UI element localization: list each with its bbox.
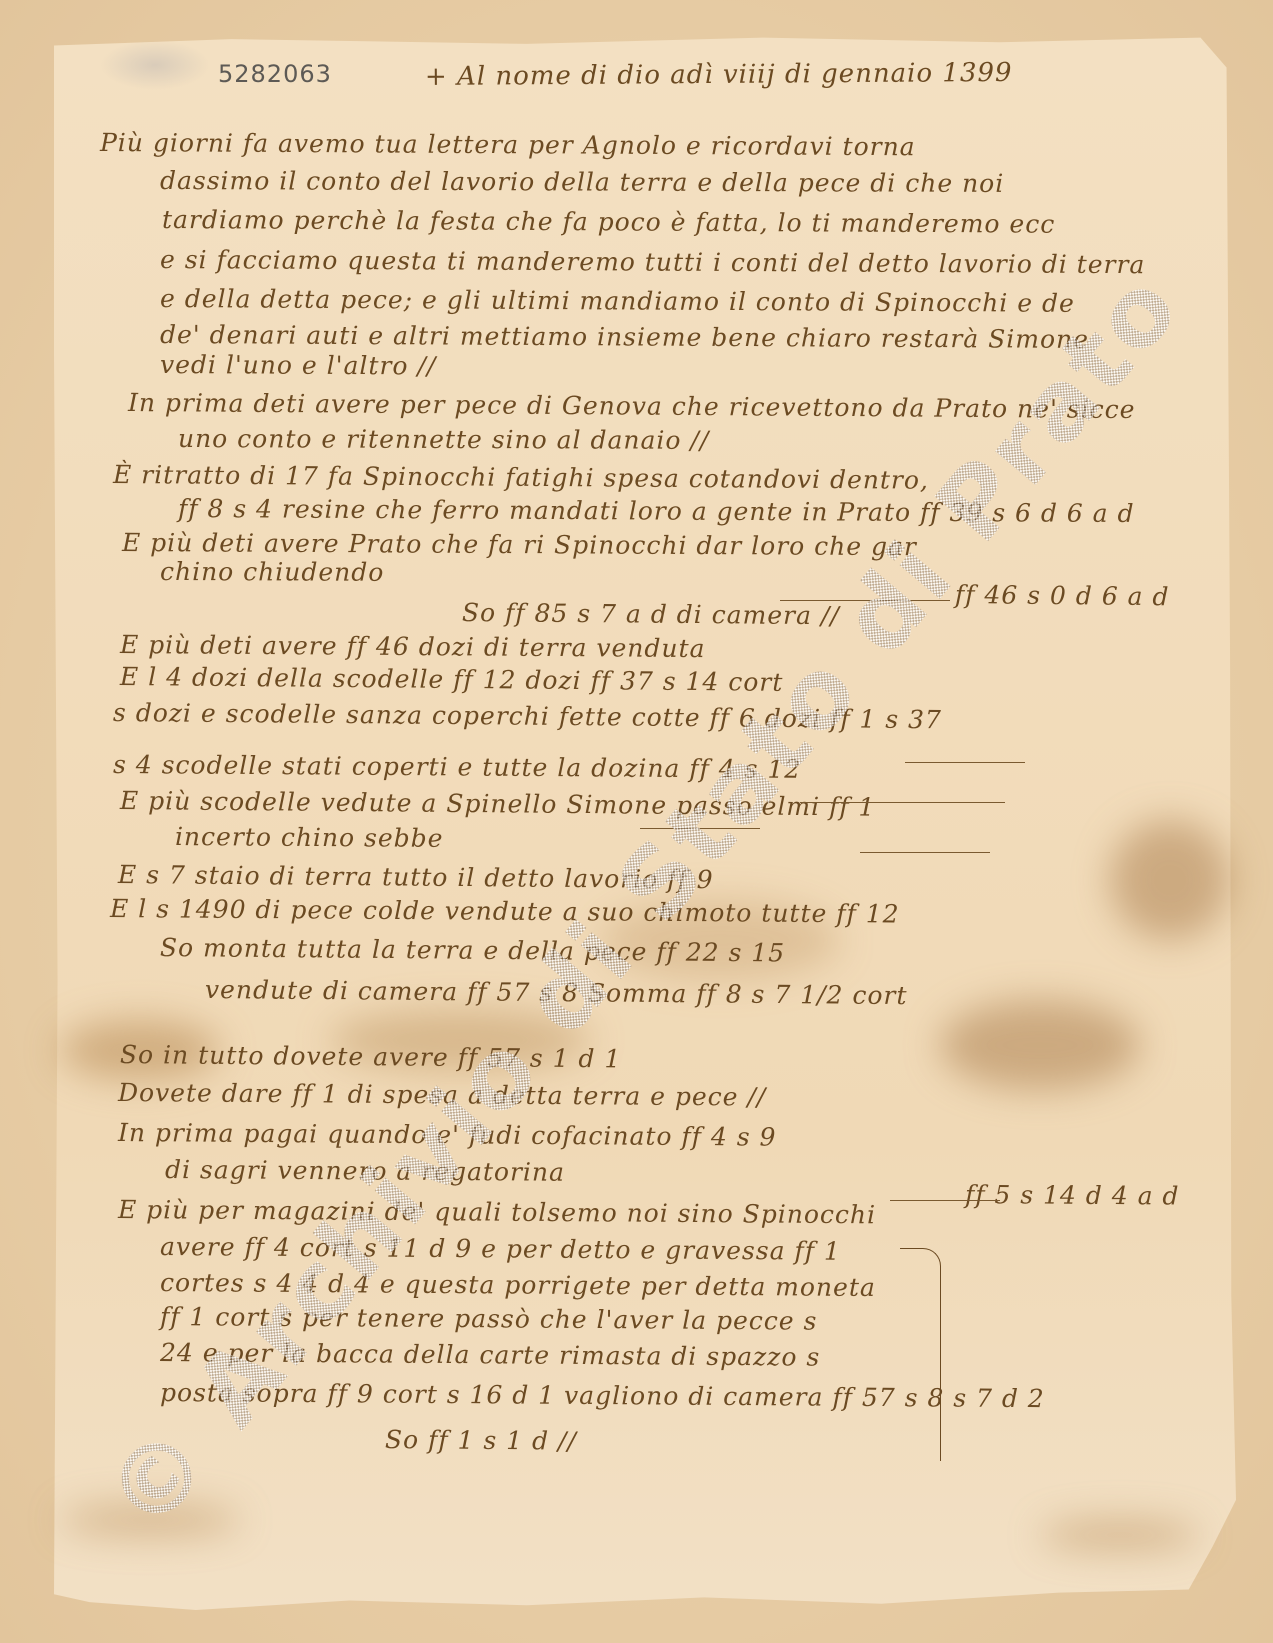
manuscript-line: vedi l'uno e l'altro // <box>160 350 436 380</box>
manuscript-line: e della detta pece; e gli ultimi mandiam… <box>160 284 1075 318</box>
manuscript-line: tardiamo perchè la festa che fa poco è f… <box>162 205 1055 239</box>
manuscript-line: E più per magazini de' quali tolsemo noi… <box>118 1195 876 1229</box>
letter-heading: + Al nome di dio adì viiij di gennaio 13… <box>425 58 1013 92</box>
archive-number: 5282063 <box>218 60 332 88</box>
paper-abrasion <box>100 40 210 90</box>
manuscript-line: chino chiudendo <box>160 557 384 587</box>
manuscript-line: E più deti avere Prato che fa ri Spinocc… <box>122 528 917 561</box>
manuscript-line: Più giorni fa avemo tua lettera per Agno… <box>100 128 916 161</box>
ledger-rule <box>905 762 1025 763</box>
manuscript-line: È ritratto di 17 fa Spinocchi fatighi sp… <box>113 460 929 495</box>
manuscript-line: ff 46 s 0 d 6 a d <box>955 580 1170 611</box>
manuscript-line: So ff 85 s 7 a d di camera // <box>462 598 840 630</box>
ledger-rule <box>890 1200 1000 1201</box>
margin-amount: ff 5 s 14 d 4 a d <box>965 1180 1180 1210</box>
ledger-rule <box>800 802 1005 803</box>
manuscript-line: So monta tutta la terra e della pece ff … <box>160 933 785 967</box>
manuscript-line: incerto chino sebbe <box>175 822 444 853</box>
manuscript-line: uno conto e ritennette sino al danaio // <box>178 424 709 455</box>
manuscript-line: E l 4 dozi della scodelle ff 12 dozi ff … <box>120 662 784 697</box>
manuscript-line: e si facciamo questa ti manderemo tutti … <box>160 245 1146 279</box>
manuscript-line: So ff 1 s 1 d // <box>385 1425 577 1456</box>
ledger-rule <box>860 852 990 853</box>
manuscript-line: dassimo il conto del lavorio della terra… <box>160 166 1004 198</box>
sum-bracket <box>900 1248 941 1461</box>
manuscript-line: de' denari auti e altri mettiamo insieme… <box>160 320 1089 354</box>
manuscript-line: E più deti avere ff 46 dozi di terra ven… <box>120 630 706 663</box>
manuscript-line: avere ff 4 cort s 11 d 9 e per detto e g… <box>160 1232 841 1266</box>
manuscript-line: E l s 1490 di pece colde vendute a suo c… <box>110 894 900 929</box>
